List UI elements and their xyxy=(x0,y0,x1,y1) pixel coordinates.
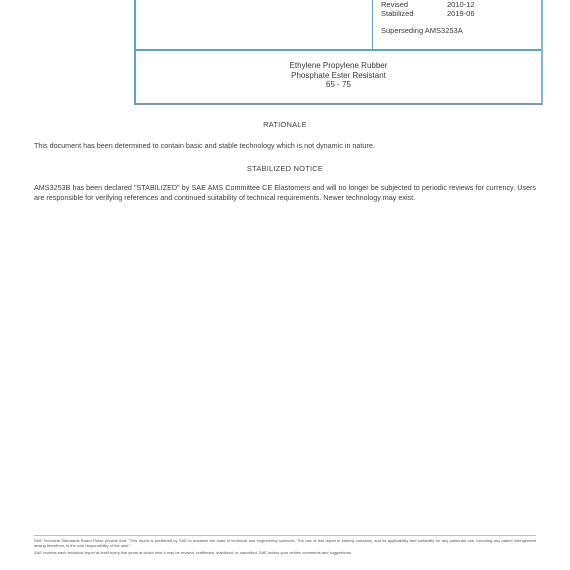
document-header-box: Revised2010-12 Stabilized2019-06 Superse… xyxy=(134,0,543,105)
footer-paragraph-1: SAE Technical Standards Board Rules prov… xyxy=(34,539,536,548)
revised-label: Revised xyxy=(381,0,447,9)
header-dates-cell: Revised2010-12 Stabilized2019-06 Superse… xyxy=(373,0,541,49)
stabilized-notice-text: AMS3253B has been declared "STABILIZED" … xyxy=(34,183,536,203)
footer-paragraph-2: SAE reviews each technical report at lea… xyxy=(34,551,536,556)
stabilized-label: Stabilized xyxy=(381,9,447,18)
header-top-row: Revised2010-12 Stabilized2019-06 Superse… xyxy=(136,0,541,51)
title-line-1: Ethylene Propylene Rubber xyxy=(136,61,541,71)
rationale-heading: RATIONALE xyxy=(0,120,570,129)
footer-divider xyxy=(34,535,536,536)
revised-date: 2010-12 xyxy=(447,0,475,9)
stabilized-row: Stabilized2019-06 xyxy=(381,9,475,18)
title-line-2: Phosphate Ester Resistant xyxy=(136,71,541,81)
revised-row: Revised2010-12 xyxy=(381,0,475,9)
title-line-3: 65 - 75 xyxy=(136,80,541,90)
document-page: Revised2010-12 Stabilized2019-06 Superse… xyxy=(0,0,570,570)
stabilized-date: 2019-06 xyxy=(447,9,475,18)
rationale-text: This document has been determined to con… xyxy=(34,141,536,151)
superseding-note: Superseding AMS3253A xyxy=(381,26,463,35)
stabilized-notice-heading: STABILIZED NOTICE xyxy=(0,164,570,173)
document-title: Ethylene Propylene Rubber Phosphate Este… xyxy=(136,51,541,103)
header-top-left-cell xyxy=(136,0,373,49)
